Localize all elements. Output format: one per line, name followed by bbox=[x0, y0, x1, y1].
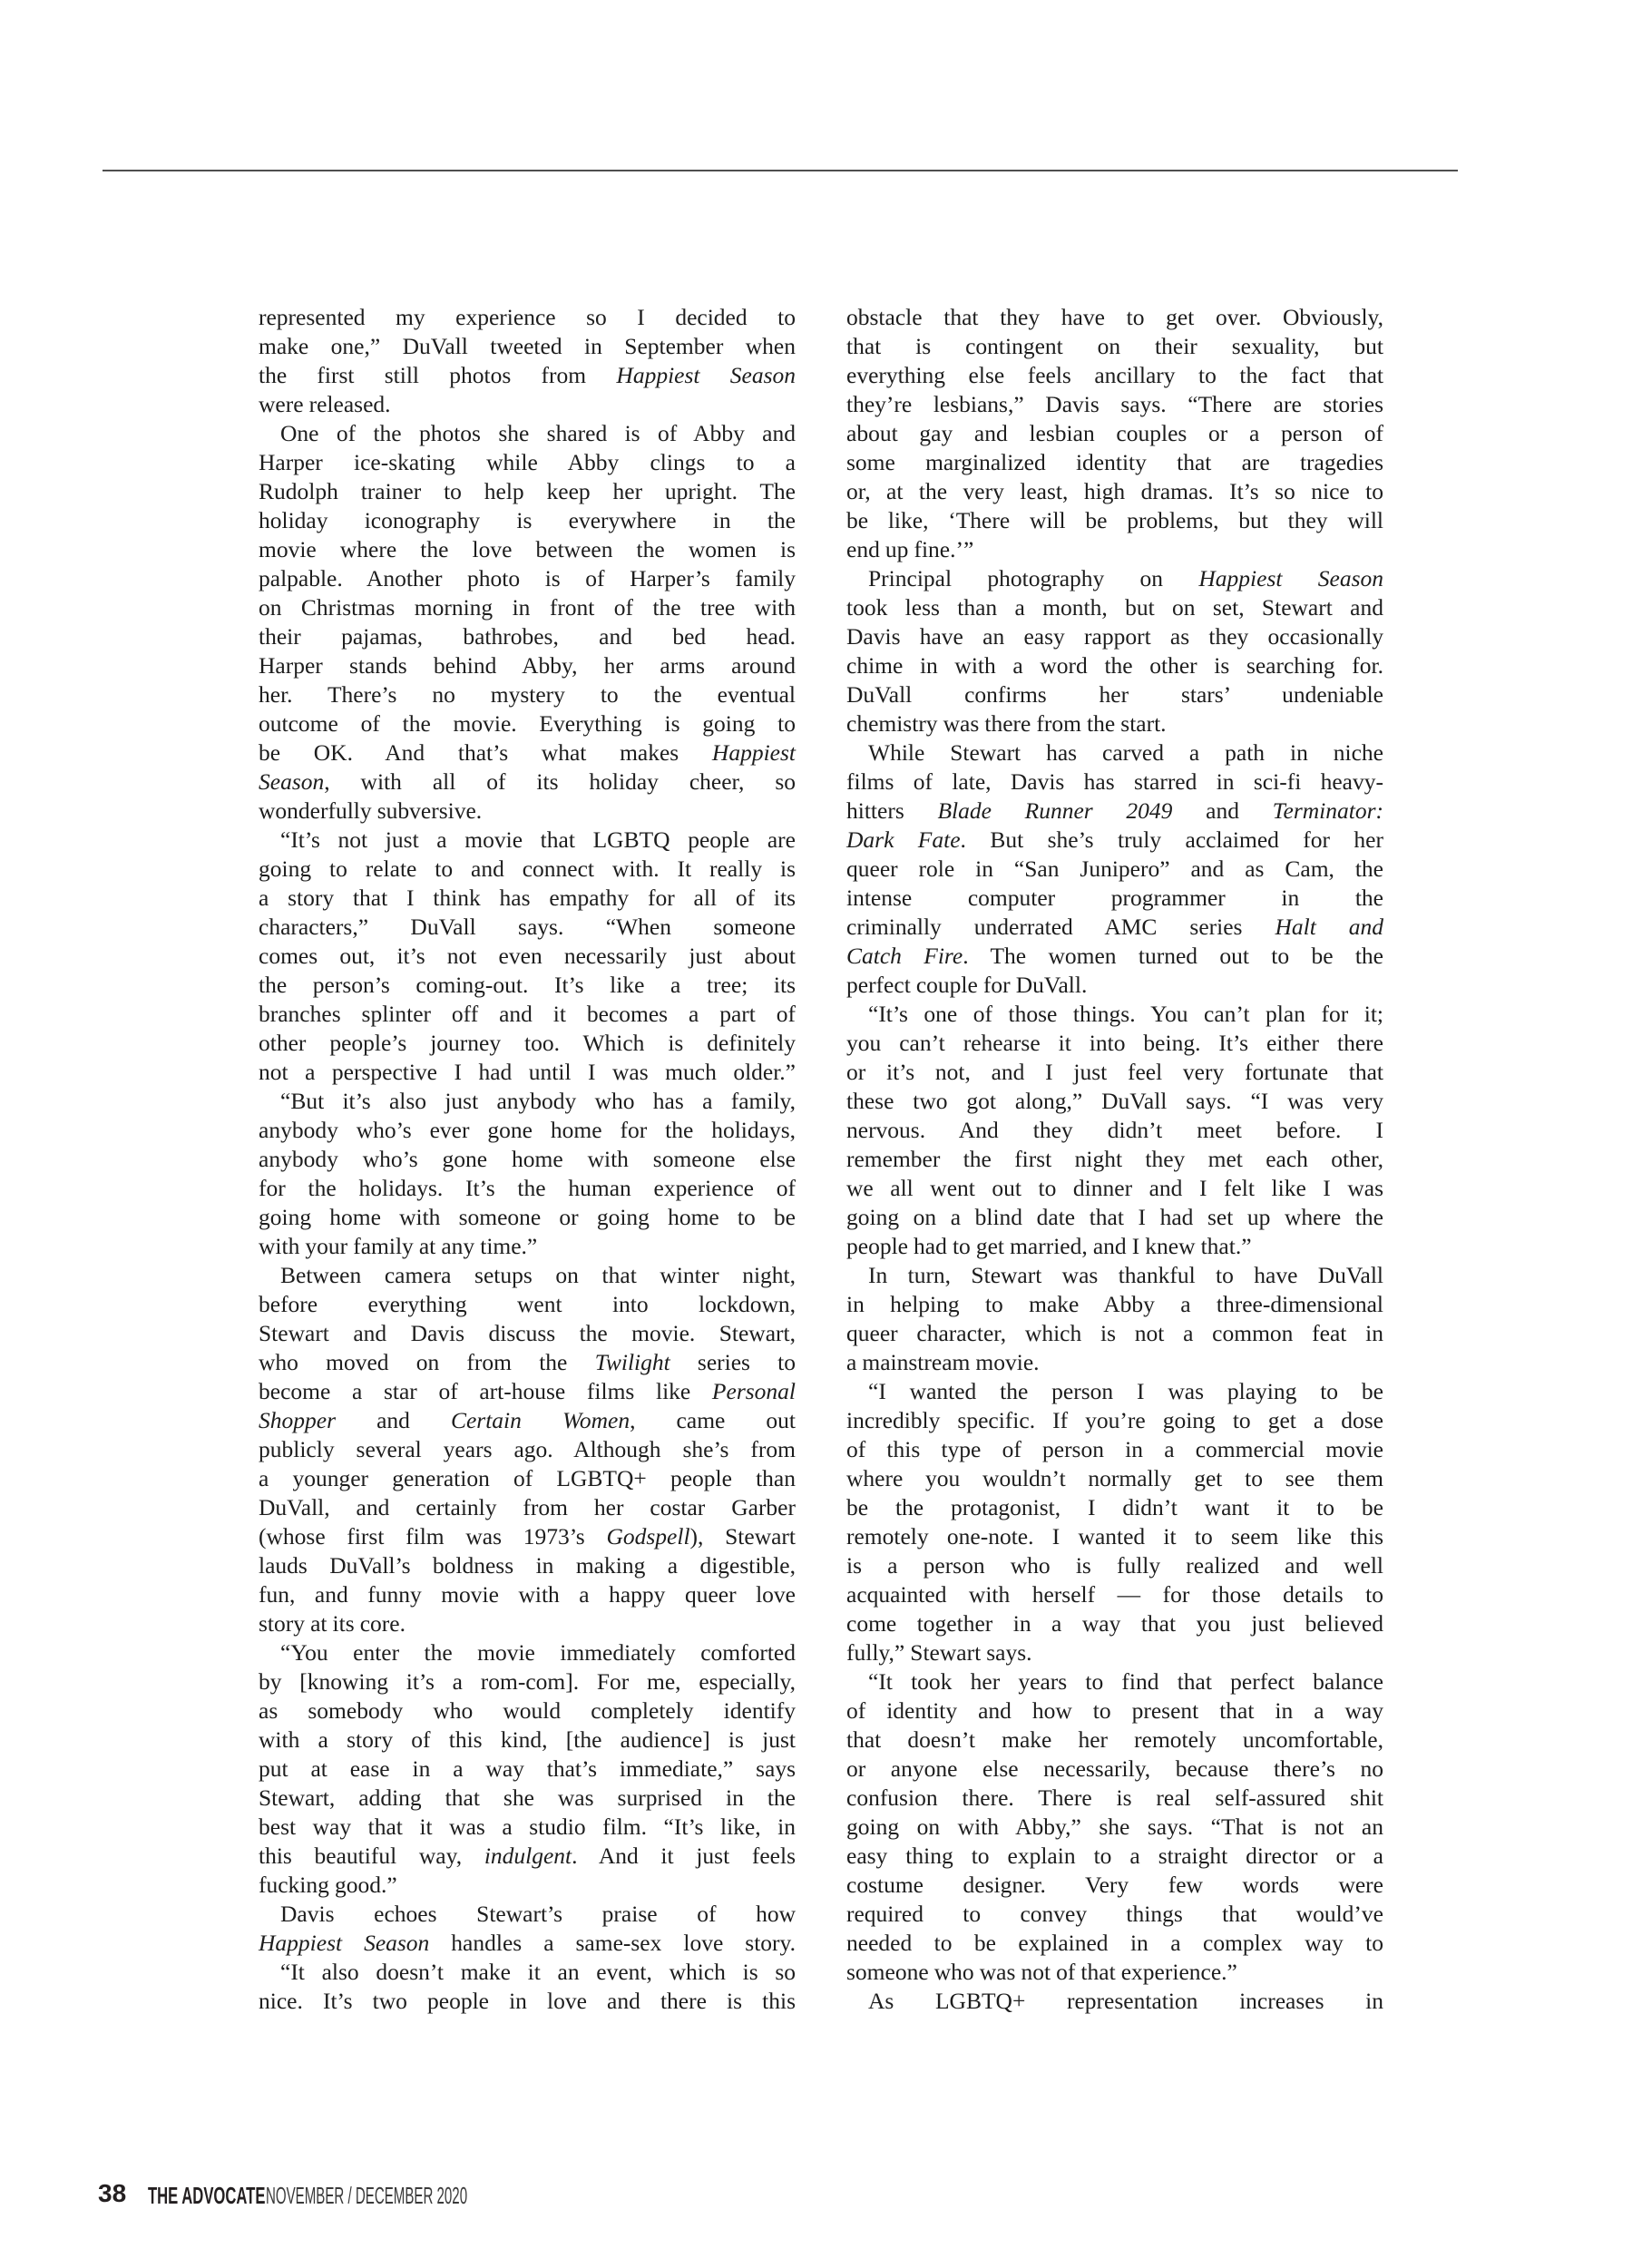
italic-title-text: Catch Fire bbox=[846, 943, 963, 969]
body-text: people had to get married, and I knew th… bbox=[846, 1233, 1252, 1259]
text-line: Stewart and Davis discuss the movie. Ste… bbox=[259, 1319, 796, 1348]
body-text: remember the first night they met each o… bbox=[846, 1146, 1383, 1172]
body-text: best way that it was a studio film. “It’… bbox=[259, 1813, 796, 1840]
text-line: characters,” DuVall says. “When someone bbox=[259, 913, 796, 942]
text-line: films of late, Davis has starred in sci-… bbox=[846, 767, 1383, 797]
article-column-left: represented my experience so I decided t… bbox=[259, 303, 796, 2016]
body-text: or, at the very least, high dramas. It’s… bbox=[846, 478, 1383, 504]
italic-title-text: Shopper bbox=[259, 1407, 336, 1433]
body-text: “It’s not just a movie that LGBTQ people… bbox=[280, 826, 796, 853]
text-line: confusion there. There is real self-assu… bbox=[846, 1784, 1383, 1813]
body-text: that is contingent on their sexuality, b… bbox=[846, 333, 1383, 359]
body-text: and bbox=[336, 1407, 451, 1433]
body-text: movie where the love between the women i… bbox=[259, 536, 796, 562]
body-text: obstacle that they have to get over. Obv… bbox=[846, 304, 1383, 330]
text-line: easy thing to explain to a straight dire… bbox=[846, 1842, 1383, 1871]
text-line: fun, and funny movie with a happy queer … bbox=[259, 1580, 796, 1609]
body-text: Stewart and Davis discuss the movie. Ste… bbox=[259, 1320, 796, 1346]
body-text: hitters bbox=[846, 797, 937, 824]
italic-title-text: Personal bbox=[712, 1378, 796, 1404]
body-text: chemistry was there from the start. bbox=[846, 710, 1167, 737]
body-text: took less than a month, but on set, Stew… bbox=[846, 594, 1383, 621]
text-line: going home with someone or going home to… bbox=[259, 1203, 796, 1232]
article-column-right: obstacle that they have to get over. Obv… bbox=[846, 303, 1383, 2016]
body-text: were released. bbox=[259, 391, 391, 417]
body-text: criminally underrated AMC series bbox=[846, 914, 1275, 940]
body-text: a story that I think has empathy for all… bbox=[259, 885, 796, 911]
body-text: or it’s not, and I just feel very fortun… bbox=[846, 1059, 1383, 1085]
body-text: anybody who’s ever gone home for the hol… bbox=[259, 1117, 796, 1143]
body-text: become a star of art-house films like bbox=[259, 1378, 712, 1404]
body-text: the person’s coming-out. It’s like a tre… bbox=[259, 972, 796, 998]
body-text: and bbox=[1172, 797, 1272, 824]
text-line: for the holidays. It’s the human experie… bbox=[259, 1174, 796, 1203]
body-text: with your family at any time.” bbox=[259, 1233, 537, 1259]
body-text: handles a same-sex love story. bbox=[429, 1930, 796, 1956]
text-line: we all went out to dinner and I felt lik… bbox=[846, 1174, 1383, 1203]
text-line: with your family at any time.” bbox=[259, 1232, 796, 1261]
body-text: Harper ice-skating while Abby clings to … bbox=[259, 449, 796, 475]
body-text: before everything went into lockdown, bbox=[259, 1291, 796, 1317]
body-text: publicly several years ago. Although she… bbox=[259, 1436, 796, 1462]
body-text: outcome of the movie. Everything is goin… bbox=[259, 710, 796, 737]
text-line: incredibly specific. If you’re going to … bbox=[846, 1406, 1383, 1435]
text-line: costume designer. Very few words were bbox=[846, 1871, 1383, 1900]
body-text: branches splinter off and it becomes a p… bbox=[259, 1001, 796, 1027]
body-text: , came out bbox=[630, 1407, 796, 1433]
text-line: of this type of person in a commercial m… bbox=[846, 1435, 1383, 1464]
text-line: be like, ‘There will be problems, but th… bbox=[846, 506, 1383, 535]
text-line: become a star of art-house films like Pe… bbox=[259, 1377, 796, 1406]
body-text: be the protagonist, I didn’t want it to … bbox=[846, 1494, 1383, 1520]
text-line: chime in with a word the other is search… bbox=[846, 651, 1383, 680]
text-line: hitters Blade Runner 2049 and Terminator… bbox=[846, 797, 1383, 826]
italic-title-text: Happiest Season bbox=[1198, 565, 1383, 591]
text-line: nice. It’s two people in love and there … bbox=[259, 1987, 796, 2016]
text-line: best way that it was a studio film. “It’… bbox=[259, 1813, 796, 1842]
body-text: they’re lesbians,” Davis says. “There ar… bbox=[846, 391, 1383, 417]
text-line: In turn, Stewart was thankful to have Du… bbox=[846, 1261, 1383, 1290]
text-line: took less than a month, but on set, Stew… bbox=[846, 593, 1383, 622]
text-line: or, at the very least, high dramas. It’s… bbox=[846, 477, 1383, 506]
body-text: make one,” DuVall tweeted in September w… bbox=[259, 333, 796, 359]
body-text: these two got along,” DuVall says. “I wa… bbox=[846, 1088, 1383, 1114]
body-text: chime in with a word the other is search… bbox=[846, 652, 1383, 679]
body-text: As LGBTQ+ representation increases in bbox=[868, 1988, 1383, 2014]
text-line: be the protagonist, I didn’t want it to … bbox=[846, 1493, 1383, 1522]
body-text: nice. It’s two people in love and there … bbox=[259, 1988, 796, 2014]
text-line: is a person who is fully realized and we… bbox=[846, 1551, 1383, 1580]
italic-title-text: Certain Women bbox=[451, 1407, 630, 1433]
text-line: these two got along,” DuVall says. “I wa… bbox=[846, 1087, 1383, 1116]
body-text: by [knowing it’s a rom-com]. For me, esp… bbox=[259, 1668, 796, 1695]
body-text: a younger generation of LGBTQ+ people th… bbox=[259, 1465, 796, 1491]
body-text: lauds DuVall’s boldness in making a dige… bbox=[259, 1552, 796, 1579]
text-line: movie where the love between the women i… bbox=[259, 535, 796, 564]
text-line: that doesn’t make her remotely uncomfort… bbox=[846, 1725, 1383, 1755]
text-line: Season, with all of its holiday cheer, s… bbox=[259, 767, 796, 797]
italic-title-text: indulgent bbox=[484, 1843, 572, 1869]
body-text: Principal photography on bbox=[868, 565, 1198, 591]
text-line: lauds DuVall’s boldness in making a dige… bbox=[259, 1551, 796, 1580]
text-line: that is contingent on their sexuality, b… bbox=[846, 332, 1383, 361]
text-line: required to convey things that would’ve bbox=[846, 1900, 1383, 1929]
italic-title-text: Godspell bbox=[606, 1523, 689, 1549]
text-line: Shopper and Certain Women, came out bbox=[259, 1406, 796, 1435]
text-line: Davis have an easy rapport as they occas… bbox=[846, 622, 1383, 651]
body-text: Stewart, adding that she was surprised i… bbox=[259, 1784, 796, 1811]
text-line: story at its core. bbox=[259, 1609, 796, 1638]
issue-date: NOVEMBER / DECEMBER 2020 bbox=[266, 2184, 467, 2207]
text-line: or it’s not, and I just feel very fortun… bbox=[846, 1058, 1383, 1087]
body-text: not a perspective I had until I was much… bbox=[259, 1059, 796, 1085]
body-text: a mainstream movie. bbox=[846, 1349, 1040, 1375]
text-line: where you wouldn’t normally get to see t… bbox=[846, 1464, 1383, 1493]
text-line: fully,” Stewart says. bbox=[846, 1638, 1383, 1667]
text-line: Between camera setups on that winter nig… bbox=[259, 1261, 796, 1290]
text-line: represented my experience so I decided t… bbox=[259, 303, 796, 332]
body-text: palpable. Another photo is of Harper’s f… bbox=[259, 565, 796, 591]
body-text: Between camera setups on that winter nig… bbox=[280, 1262, 796, 1288]
text-line: her. There’s no mystery to the eventual bbox=[259, 680, 796, 709]
body-text: going home with someone or going home to… bbox=[259, 1204, 796, 1230]
text-line: Harper stands behind Abby, her arms arou… bbox=[259, 651, 796, 680]
text-line: they’re lesbians,” Davis says. “There ar… bbox=[846, 390, 1383, 419]
body-text: confusion there. There is real self-assu… bbox=[846, 1784, 1383, 1811]
text-line: going on a blind date that I had set up … bbox=[846, 1203, 1383, 1232]
text-line: remember the first night they met each o… bbox=[846, 1145, 1383, 1174]
text-line: criminally underrated AMC series Halt an… bbox=[846, 913, 1383, 942]
body-text: as somebody who would completely identif… bbox=[259, 1697, 796, 1724]
body-text: about gay and lesbian couples or a perso… bbox=[846, 420, 1383, 446]
text-line: the first still photos from Happiest Sea… bbox=[259, 361, 796, 390]
body-text: characters,” DuVall says. “When someone bbox=[259, 914, 796, 940]
text-line: make one,” DuVall tweeted in September w… bbox=[259, 332, 796, 361]
body-text: . The women turned out to be the bbox=[963, 943, 1383, 969]
body-text: One of the photos she shared is of Abby … bbox=[280, 420, 796, 446]
text-line: comes out, it’s not even necessarily jus… bbox=[259, 942, 796, 971]
text-line: a story that I think has empathy for all… bbox=[259, 884, 796, 913]
text-line: “You enter the movie immediately comfort… bbox=[259, 1638, 796, 1667]
text-line: “It’s one of those things. You can’t pla… bbox=[846, 1000, 1383, 1029]
text-line: Stewart, adding that she was surprised i… bbox=[259, 1784, 796, 1813]
body-text: (whose first film was 1973’s bbox=[259, 1523, 606, 1549]
body-text: Rudolph trainer to help keep her upright… bbox=[259, 478, 796, 504]
text-line: “It also doesn’t make it an event, which… bbox=[259, 1958, 796, 1987]
text-line: a mainstream movie. bbox=[846, 1348, 1383, 1377]
text-line: branches splinter off and it becomes a p… bbox=[259, 1000, 796, 1029]
body-text: end up fine.’” bbox=[846, 536, 973, 562]
body-text: put at ease in a way that’s immediate,” … bbox=[259, 1755, 796, 1782]
text-line: acquainted with herself — for those deta… bbox=[846, 1580, 1383, 1609]
body-text: someone who was not of that experience.” bbox=[846, 1959, 1237, 1985]
text-line: this beautiful way, indulgent. And it ju… bbox=[259, 1842, 796, 1871]
text-line: Rudolph trainer to help keep her upright… bbox=[259, 477, 796, 506]
body-text: other people’s journey too. Which is def… bbox=[259, 1030, 796, 1056]
text-line: palpable. Another photo is of Harper’s f… bbox=[259, 564, 796, 593]
body-text: Davis echoes Stewart’s praise of how bbox=[280, 1901, 796, 1927]
text-line: obstacle that they have to get over. Obv… bbox=[846, 303, 1383, 332]
text-line: not a perspective I had until I was much… bbox=[259, 1058, 796, 1087]
text-line: you can’t rehearse it into being. It’s e… bbox=[846, 1029, 1383, 1058]
body-text: we all went out to dinner and I felt lik… bbox=[846, 1175, 1383, 1201]
italic-title-text: Happiest Season bbox=[616, 362, 796, 388]
text-line: perfect couple for DuVall. bbox=[846, 971, 1383, 1000]
body-text: needed to be explained in a complex way … bbox=[846, 1930, 1383, 1956]
text-line: anybody who’s ever gone home for the hol… bbox=[259, 1116, 796, 1145]
body-text: everything else feels ancillary to the f… bbox=[846, 362, 1383, 388]
text-line: were released. bbox=[259, 390, 796, 419]
body-text: her. There’s no mystery to the eventual bbox=[259, 681, 796, 708]
italic-title-text: Blade Runner 2049 bbox=[937, 797, 1172, 824]
body-text: films of late, Davis has starred in sci-… bbox=[846, 768, 1383, 795]
italic-title-text: Halt and bbox=[1275, 914, 1383, 940]
text-line: One of the photos she shared is of Abby … bbox=[259, 419, 796, 448]
body-text: their pajamas, bathrobes, and bed head. bbox=[259, 623, 796, 650]
text-line: “It took her years to find that perfect … bbox=[846, 1667, 1383, 1696]
text-line: as somebody who would completely identif… bbox=[259, 1696, 796, 1725]
italic-title-text: Season bbox=[259, 768, 324, 795]
text-line: Davis echoes Stewart’s praise of how bbox=[259, 1900, 796, 1929]
italic-title-text: Happiest Season bbox=[259, 1930, 429, 1956]
text-line: “But it’s also just anybody who has a fa… bbox=[259, 1087, 796, 1116]
body-text: where you wouldn’t normally get to see t… bbox=[846, 1465, 1383, 1491]
text-line: Principal photography on Happiest Season bbox=[846, 564, 1383, 593]
body-text: going on with Abby,” she says. “That is … bbox=[846, 1813, 1383, 1840]
italic-title-text: Twilight bbox=[595, 1349, 670, 1375]
text-line: (whose first film was 1973’s Godspell), … bbox=[259, 1522, 796, 1551]
body-text: “It also doesn’t make it an event, which… bbox=[280, 1959, 796, 1985]
body-text: fun, and funny movie with a happy queer … bbox=[259, 1581, 796, 1608]
body-text: costume designer. Very few words were bbox=[846, 1872, 1383, 1898]
italic-title-text: Happiest bbox=[712, 739, 796, 766]
text-line: about gay and lesbian couples or a perso… bbox=[846, 419, 1383, 448]
body-text: Harper stands behind Abby, her arms arou… bbox=[259, 652, 796, 679]
text-line: their pajamas, bathrobes, and bed head. bbox=[259, 622, 796, 651]
body-text: come together in a way that you just bel… bbox=[846, 1610, 1383, 1637]
text-line: by [knowing it’s a rom-com]. For me, esp… bbox=[259, 1667, 796, 1696]
text-line: on Christmas morning in front of the tre… bbox=[259, 593, 796, 622]
body-text: nervous. And they didn’t meet before. I bbox=[846, 1117, 1383, 1143]
body-text: ), Stewart bbox=[690, 1523, 796, 1549]
body-text: going to relate to and connect with. It … bbox=[259, 855, 796, 882]
text-line: intense computer programmer in the bbox=[846, 884, 1383, 913]
body-text: queer character, which is not a common f… bbox=[846, 1320, 1383, 1346]
text-line: needed to be explained in a complex way … bbox=[846, 1929, 1383, 1958]
text-line: Happiest Season handles a same-sex love … bbox=[259, 1929, 796, 1958]
text-line: “I wanted the person I was playing to be bbox=[846, 1377, 1383, 1406]
body-text: represented my experience so I decided t… bbox=[259, 304, 796, 330]
text-line: Catch Fire. The women turned out to be t… bbox=[846, 942, 1383, 971]
text-line: Harper ice-skating while Abby clings to … bbox=[259, 448, 796, 477]
text-line: publicly several years ago. Although she… bbox=[259, 1435, 796, 1464]
body-text: fully,” Stewart says. bbox=[846, 1639, 1032, 1666]
body-text: this beautiful way, bbox=[259, 1843, 484, 1869]
body-text: acquainted with herself — for those deta… bbox=[846, 1581, 1383, 1608]
body-text: holiday iconography is everywhere in the bbox=[259, 507, 796, 533]
text-line: everything else feels ancillary to the f… bbox=[846, 361, 1383, 390]
body-text: with a story of this kind, [the audience… bbox=[259, 1726, 796, 1753]
body-text: incredibly specific. If you’re going to … bbox=[846, 1407, 1383, 1433]
text-line: “It’s not just a movie that LGBTQ people… bbox=[259, 826, 796, 855]
body-text: DuVall confirms her stars’ undeniable bbox=[846, 681, 1383, 708]
text-line: someone who was not of that experience.” bbox=[846, 1958, 1383, 1987]
body-text: “But it’s also just anybody who has a fa… bbox=[280, 1088, 796, 1114]
text-line: Dark Fate. But she’s truly acclaimed for… bbox=[846, 826, 1383, 855]
text-line: end up fine.’” bbox=[846, 535, 1383, 564]
text-line: come together in a way that you just bel… bbox=[846, 1609, 1383, 1638]
text-line: While Stewart has carved a path in niche bbox=[846, 738, 1383, 767]
page-number: 38 bbox=[98, 2181, 126, 2206]
text-line: As LGBTQ+ representation increases in bbox=[846, 1987, 1383, 2016]
body-text: “I wanted the person I was playing to be bbox=[868, 1378, 1383, 1404]
magazine-title: THE ADVOCATE bbox=[148, 2184, 265, 2207]
text-line: DuVall confirms her stars’ undeniable bbox=[846, 680, 1383, 709]
text-line: DuVall, and certainly from her costar Ga… bbox=[259, 1493, 796, 1522]
body-text: of this type of person in a commercial m… bbox=[846, 1436, 1383, 1462]
text-line: outcome of the movie. Everything is goin… bbox=[259, 709, 796, 738]
body-text: wonderfully subversive. bbox=[259, 797, 482, 824]
body-text: queer role in “San Junipero” and as Cam,… bbox=[846, 855, 1383, 882]
text-line: a younger generation of LGBTQ+ people th… bbox=[259, 1464, 796, 1493]
body-text: story at its core. bbox=[259, 1610, 406, 1637]
body-text: fucking good.” bbox=[259, 1872, 397, 1898]
body-text: remotely one-note. I wanted it to seem l… bbox=[846, 1523, 1383, 1549]
italic-title-text: Dark Fate bbox=[846, 826, 961, 853]
body-text: that doesn’t make her remotely uncomfort… bbox=[846, 1726, 1383, 1753]
text-line: remotely one-note. I wanted it to seem l… bbox=[846, 1522, 1383, 1551]
text-line: going on with Abby,” she says. “That is … bbox=[846, 1813, 1383, 1842]
body-text: Davis have an easy rapport as they occas… bbox=[846, 623, 1383, 650]
body-text: , with all of its holiday cheer, so bbox=[324, 768, 796, 795]
text-line: be OK. And that’s what makes Happiest bbox=[259, 738, 796, 767]
text-line: who moved on from the Twilight series to bbox=[259, 1348, 796, 1377]
text-line: queer character, which is not a common f… bbox=[846, 1319, 1383, 1348]
body-text: anybody who’s gone home with someone els… bbox=[259, 1146, 796, 1172]
text-line: of identity and how to present that in a… bbox=[846, 1696, 1383, 1725]
text-line: some marginalized identity that are trag… bbox=[846, 448, 1383, 477]
body-text: is a person who is fully realized and we… bbox=[846, 1552, 1383, 1579]
text-line: other people’s journey too. Which is def… bbox=[259, 1029, 796, 1058]
body-text: the first still photos from bbox=[259, 362, 616, 388]
body-text: some marginalized identity that are trag… bbox=[846, 449, 1383, 475]
body-text: be OK. And that’s what makes bbox=[259, 739, 712, 766]
text-line: anybody who’s gone home with someone els… bbox=[259, 1145, 796, 1174]
text-line: chemistry was there from the start. bbox=[846, 709, 1383, 738]
body-text: . But she’s truly acclaimed for her bbox=[961, 826, 1383, 853]
body-text: on Christmas morning in front of the tre… bbox=[259, 594, 796, 621]
body-text: “You enter the movie immediately comfort… bbox=[280, 1639, 796, 1666]
body-text: or anyone else necessarily, because ther… bbox=[846, 1755, 1383, 1782]
italic-title-text: Terminator: bbox=[1273, 797, 1383, 824]
body-text: for the holidays. It’s the human experie… bbox=[259, 1175, 796, 1201]
body-text: comes out, it’s not even necessarily jus… bbox=[259, 943, 796, 969]
body-text: of identity and how to present that in a… bbox=[846, 1697, 1383, 1724]
text-line: the person’s coming-out. It’s like a tre… bbox=[259, 971, 796, 1000]
body-text: . And it just feels bbox=[572, 1843, 796, 1869]
body-text: In turn, Stewart was thankful to have Du… bbox=[868, 1262, 1383, 1288]
body-text: easy thing to explain to a straight dire… bbox=[846, 1843, 1383, 1869]
body-text: be like, ‘There will be problems, but th… bbox=[846, 507, 1383, 533]
text-line: holiday iconography is everywhere in the bbox=[259, 506, 796, 535]
body-text: “It’s one of those things. You can’t pla… bbox=[868, 1001, 1383, 1027]
body-text: going on a blind date that I had set up … bbox=[846, 1204, 1383, 1230]
magazine-page: represented my experience so I decided t… bbox=[0, 0, 1642, 2268]
text-line: queer role in “San Junipero” and as Cam,… bbox=[846, 855, 1383, 884]
body-text: “It took her years to find that perfect … bbox=[868, 1668, 1383, 1695]
body-text: required to convey things that would’ve bbox=[846, 1901, 1383, 1927]
top-rule bbox=[103, 170, 1458, 171]
text-line: people had to get married, and I knew th… bbox=[846, 1232, 1383, 1261]
body-text: who moved on from the bbox=[259, 1349, 595, 1375]
text-line: or anyone else necessarily, because ther… bbox=[846, 1755, 1383, 1784]
body-text: you can’t rehearse it into being. It’s e… bbox=[846, 1030, 1383, 1056]
body-text: in helping to make Abby a three-dimensio… bbox=[846, 1291, 1383, 1317]
text-line: going to relate to and connect with. It … bbox=[259, 855, 796, 884]
text-line: put at ease in a way that’s immediate,” … bbox=[259, 1755, 796, 1784]
text-line: with a story of this kind, [the audience… bbox=[259, 1725, 796, 1755]
text-line: nervous. And they didn’t meet before. I bbox=[846, 1116, 1383, 1145]
body-text: DuVall, and certainly from her costar Ga… bbox=[259, 1494, 796, 1520]
text-line: in helping to make Abby a three-dimensio… bbox=[846, 1290, 1383, 1319]
text-line: before everything went into lockdown, bbox=[259, 1290, 796, 1319]
body-text: perfect couple for DuVall. bbox=[846, 972, 1087, 998]
body-text: intense computer programmer in the bbox=[846, 885, 1383, 911]
text-line: fucking good.” bbox=[259, 1871, 796, 1900]
text-line: wonderfully subversive. bbox=[259, 797, 796, 826]
body-text: series to bbox=[670, 1349, 796, 1375]
body-text: While Stewart has carved a path in niche bbox=[868, 739, 1383, 766]
